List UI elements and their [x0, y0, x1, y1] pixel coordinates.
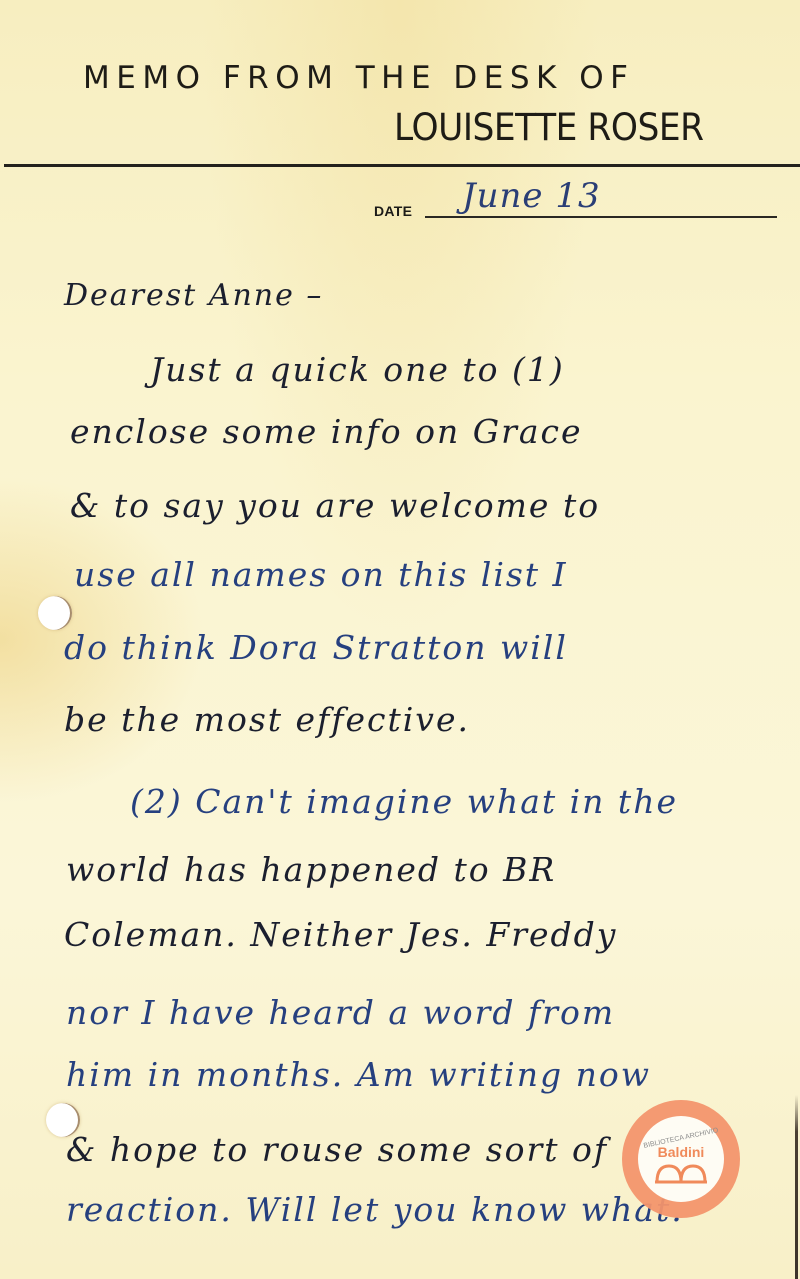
punch-hole-bottom — [46, 1103, 80, 1137]
book-b-logo-icon — [654, 1162, 708, 1184]
punch-hole-top — [38, 596, 72, 630]
body-line: & to say you are welcome to — [70, 486, 600, 525]
page-edge-shadow — [795, 1095, 798, 1279]
body-line: nor I have heard a word from — [66, 993, 615, 1032]
watermark-name: Baldini — [658, 1145, 705, 1160]
memo-page: MEMO FROM THE DESK OF LOUISETTE ROSER DA… — [0, 0, 800, 1279]
body-line: use all names on this list I — [74, 555, 568, 594]
letterhead-name: LOUISETTE ROSER — [394, 106, 704, 149]
baldini-watermark-stamp: BIBLIOTECA ARCHIVIO Baldini — [622, 1100, 740, 1218]
letterhead-title: MEMO FROM THE DESK OF — [83, 60, 634, 96]
date-label: DATE — [374, 203, 412, 219]
body-line: Just a quick one to (1) — [150, 350, 565, 389]
date-value: June 13 — [462, 176, 601, 216]
body-line: be the most effective. — [64, 700, 470, 739]
letterhead-divider — [4, 164, 800, 167]
body-line: enclose some info on Grace — [70, 412, 583, 451]
body-line: reaction. Will let you know what. — [66, 1190, 684, 1229]
body-line: world has happened to BR — [66, 850, 556, 889]
body-line: do think Dora Stratton will — [64, 628, 568, 667]
body-line: Coleman. Neither Jes. Freddy — [64, 915, 617, 954]
body-line: (2) Can't imagine what in the — [130, 782, 678, 821]
body-line: & hope to rouse some sort of — [66, 1130, 608, 1169]
salutation-line: Dearest Anne – — [64, 278, 323, 313]
date-underline — [425, 216, 777, 218]
body-line: him in months. Am writing now — [66, 1055, 651, 1094]
